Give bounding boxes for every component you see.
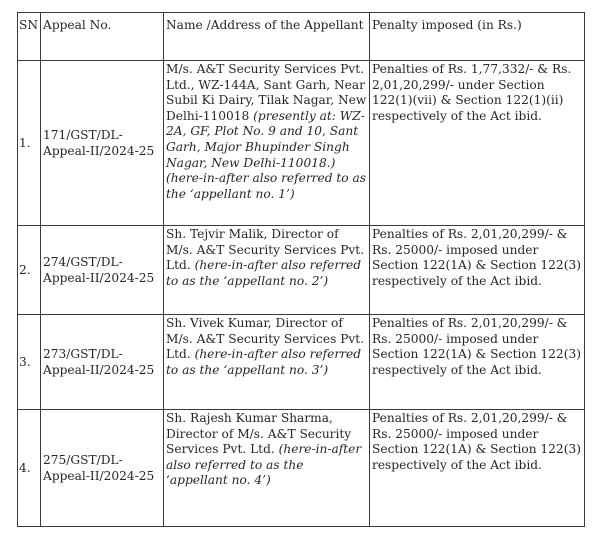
cell-appeal-no: 275/GST/DL-Appeal-II/2024-25 [41, 410, 164, 527]
cell-sn: 4. [18, 410, 41, 527]
table-header-row: SN Appeal No. Name /Address of the Appel… [18, 13, 585, 61]
table-row: 4. 275/GST/DL-Appeal-II/2024-25 Sh. Raje… [18, 410, 585, 527]
table-row: 1. 171/GST/DL-Appeal-II/2024-25 M/s. A&T… [18, 61, 585, 226]
name-italic-text: (here-in-after also referred to as the ‘… [166, 347, 361, 377]
table-row: 2. 274/GST/DL-Appeal-II/2024-25 Sh. Tejv… [18, 226, 585, 315]
cell-appeal-no: 273/GST/DL-Appeal-II/2024-25 [41, 315, 164, 410]
header-name-address: Name /Address of the Appellant [164, 13, 370, 61]
cell-penalty: Penalties of Rs. 2,01,20,299/- & Rs. 250… [370, 226, 585, 315]
cell-name-address: Sh. Vivek Kumar, Director of M/s. A&T Se… [164, 315, 370, 410]
header-sn: SN [18, 13, 41, 61]
cell-appeal-no: 274/GST/DL-Appeal-II/2024-25 [41, 226, 164, 315]
name-italic-text: (here-in-after also referred to as the ‘… [166, 258, 361, 288]
header-appeal-no: Appeal No. [41, 13, 164, 61]
cell-penalty: Penalties of Rs. 2,01,20,299/- & Rs. 250… [370, 315, 585, 410]
cell-name-address: Sh. Rajesh Kumar Sharma, Director of M/s… [164, 410, 370, 527]
appeals-table: SN Appeal No. Name /Address of the Appel… [17, 12, 585, 527]
cell-penalty: Penalties of Rs. 1,77,332/- & Rs. 2,01,2… [370, 61, 585, 226]
cell-penalty: Penalties of Rs. 2,01,20,299/- & Rs. 250… [370, 410, 585, 527]
cell-sn: 3. [18, 315, 41, 410]
header-penalty: Penalty imposed (in Rs.) [370, 13, 585, 61]
cell-sn: 2. [18, 226, 41, 315]
cell-sn: 1. [18, 61, 41, 226]
cell-name-address: M/s. A&T Security Services Pvt. Ltd., WZ… [164, 61, 370, 226]
cell-appeal-no: 171/GST/DL-Appeal-II/2024-25 [41, 61, 164, 226]
table-row: 3. 273/GST/DL-Appeal-II/2024-25 Sh. Vive… [18, 315, 585, 410]
cell-name-address: Sh. Tejvir Malik, Director of M/s. A&T S… [164, 226, 370, 315]
